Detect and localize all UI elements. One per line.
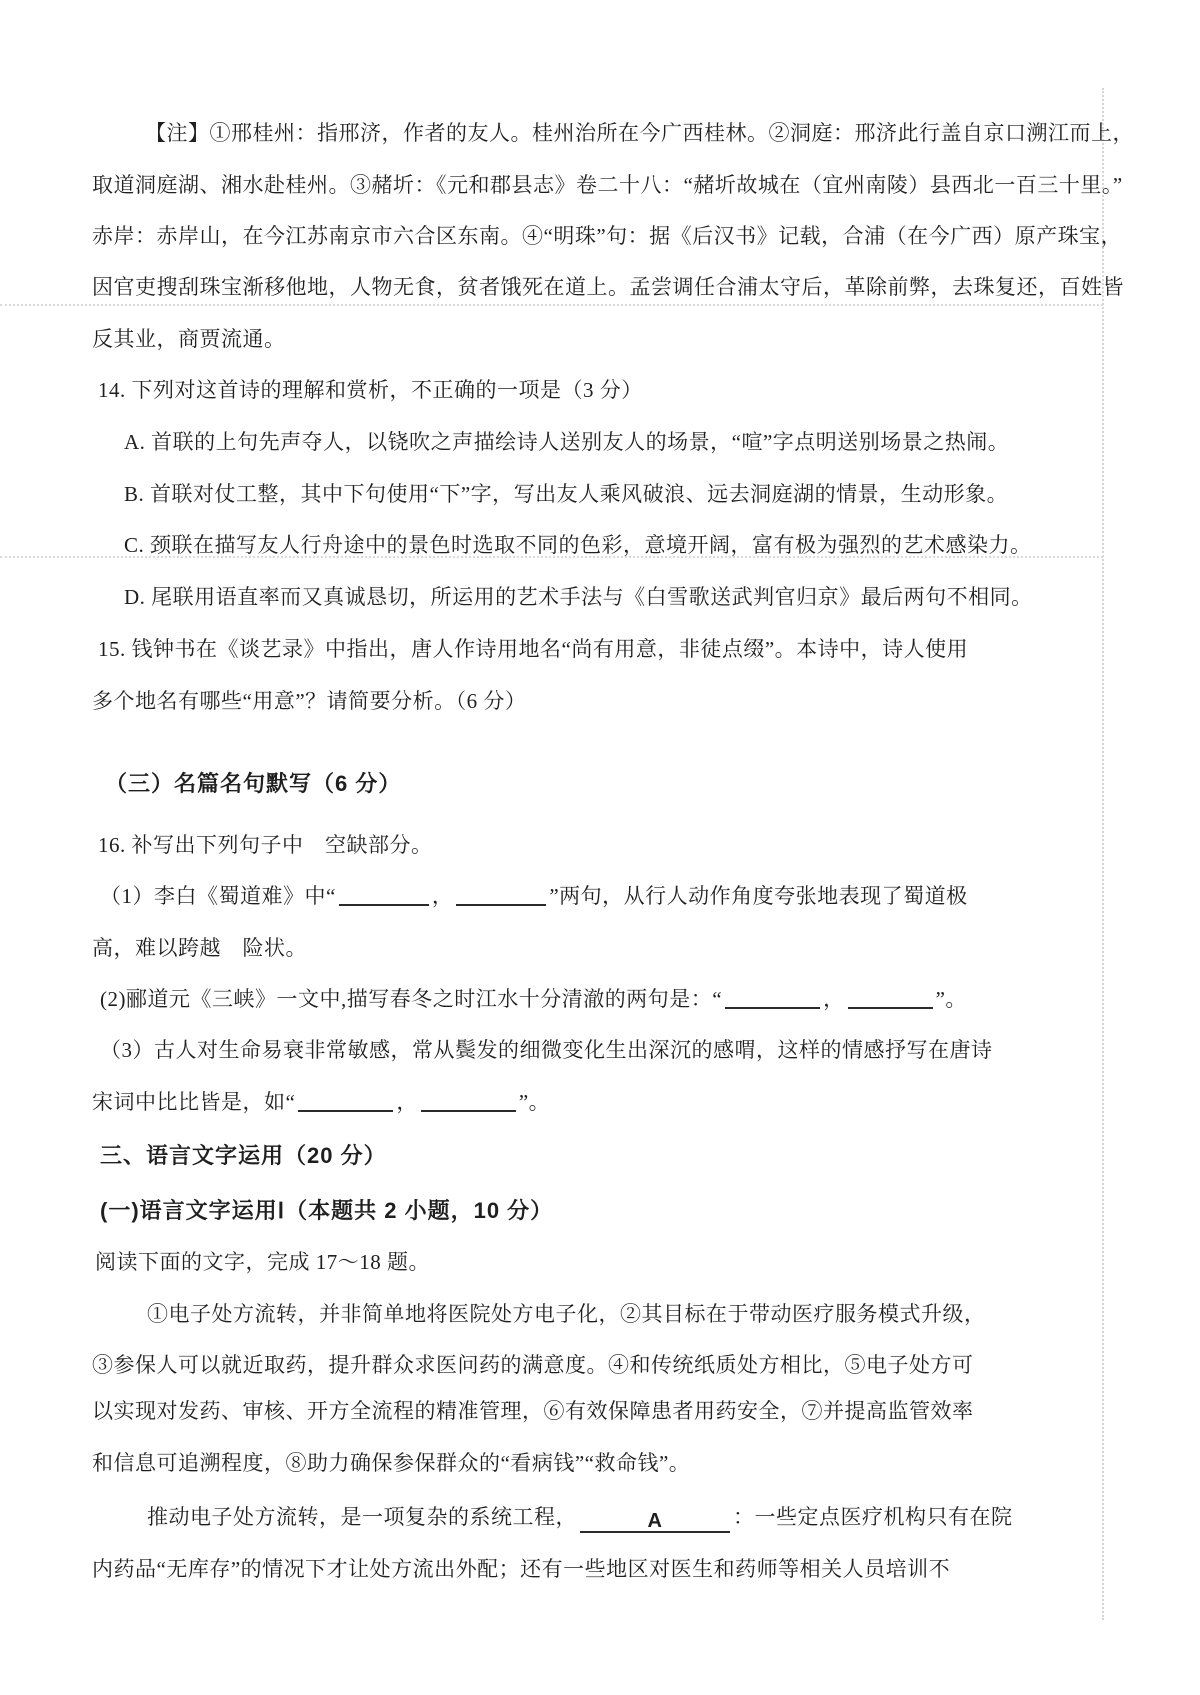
text-line: B. 首联对仗工整，其中下句使用“下”字，写出友人乘风破浪、远去洞庭湖的情景，生… <box>124 481 1008 508</box>
text-run: 阅读下面的文字，完成 17～18 题。 <box>95 1250 430 1274</box>
text-run: 高，难以跨越 险状。 <box>92 936 307 960</box>
scan-dotted-guide-vertical <box>1102 88 1104 1620</box>
answer-blank <box>848 987 933 1009</box>
text-run: A. 首联的上句先声夺人，以铙吹之声描绘诗人送别友人的场景，“喧”字点明送别场景… <box>124 430 1009 454</box>
text-run: 15. 钱钟书在《谈艺录》中指出，唐人作诗用地名“尚有用意，非徒点缀”。本诗中，… <box>98 637 968 661</box>
text-run: 【注】①邢桂州：指邢济，作者的友人。桂州治所在今广西桂林。②洞庭：邢济此行盖自京… <box>145 121 1134 145</box>
text-line: 推动电子处方流转，是一项复杂的系统工程，A：一些定点医疗机构只有在院 <box>147 1504 1013 1533</box>
text-line: 和信息可追溯程度，⑧助力确保参保群众的“看病钱”“救命钱”。 <box>92 1450 690 1477</box>
text-line: （1）李白《蜀道难》中“，”两句，从行人动作角度夸张地表现了蜀道极 <box>100 883 968 910</box>
text-line: 取道洞庭湖、湘水赴桂州。③赭圻：《元和郡县志》卷二十八：“赭圻故城在（宜州南陵）… <box>92 172 1123 199</box>
text-run: 赤岸：赤岸山，在今江苏南京市六合区东南。④“明珠”句：据《后汉书》记载，合浦（在… <box>92 224 1122 248</box>
text-run: ：一些定点医疗机构只有在院 <box>733 1505 1013 1529</box>
text-run: 内药品“无库存”的情况下才让处方流出外配；还有一些地区对医生和药师等相关人员培训… <box>92 1557 950 1581</box>
text-run: 反其业，商贾流通。 <box>92 327 286 351</box>
text-run: ， <box>432 884 454 908</box>
text-line: 宋词中比比皆是，如“，”。 <box>92 1089 550 1116</box>
text-run: （1）李白《蜀道难》中“ <box>100 884 336 908</box>
text-line: D. 尾联用语直率而又真诚恳切，所运用的艺术手法与《白雪歌送武判官归京》最后两句… <box>124 584 1033 611</box>
text-line: 15. 钱钟书在《谈艺录》中指出，唐人作诗用地名“尚有用意，非徒点缀”。本诗中，… <box>98 636 968 663</box>
text-run: ”。 <box>519 1090 550 1114</box>
section-heading: (一)语言文字运用Ⅰ（本题共 2 小题，10 分） <box>100 1197 553 1224</box>
text-line: C. 颈联在描写友人行舟途中的景色时选取不同的色彩，意境开阔，富有极为强烈的艺术… <box>124 532 1032 559</box>
text-run: 多个地名有哪些“用意”？请简要分析。（6 分） <box>92 689 526 713</box>
text-run: 宋词中比比皆是，如“ <box>92 1090 295 1114</box>
text-run: C. 颈联在描写友人行舟途中的景色时选取不同的色彩，意境开阔，富有极为强烈的艺术… <box>124 533 1032 557</box>
text-line: 反其业，商贾流通。 <box>92 326 286 353</box>
text-run: B. 首联对仗工整，其中下句使用“下”字，写出友人乘风破浪、远去洞庭湖的情景，生… <box>124 482 1008 506</box>
text-run: (一)语言文字运用Ⅰ（本题共 2 小题，10 分） <box>100 1198 553 1223</box>
text-run: （3）古人对生命易衰非常敏感，常从鬓发的细微变化生出深沉的感喟，这样的情感抒写在… <box>100 1038 993 1062</box>
text-line: 以实现对发药、审核、开方全流程的精准管理，⑥有效保障患者用药安全，⑦并提高监管效… <box>92 1398 974 1425</box>
text-line: 赤岸：赤岸山，在今江苏南京市六合区东南。④“明珠”句：据《后汉书》记载，合浦（在… <box>92 223 1122 250</box>
scan-dotted-guide-horizontal-1 <box>0 304 1103 306</box>
text-run: 因官吏搜刮珠宝渐移他地，人物无食，贫者饿死在道上。孟尝调任合浦太守后，革除前弊，… <box>92 275 1124 299</box>
text-run: 16. 补写出下列句子中 空缺部分。 <box>98 833 433 857</box>
section-heading: （三）名篇名句默写（6 分） <box>105 770 401 797</box>
text-line: ③参保人可以就近取药，提升群众求医问药的满意度。④和传统纸质处方相比，⑤电子处方… <box>92 1352 974 1379</box>
text-run: 推动电子处方流转，是一项复杂的系统工程， <box>147 1505 577 1529</box>
answer-blank-labeled: A <box>580 1511 730 1533</box>
text-run: ①电子处方流转，并非简单地将医院处方电子化，②其目标在于带动医疗服务模式升级， <box>147 1302 986 1326</box>
text-run: 取道洞庭湖、湘水赴桂州。③赭圻：《元和郡县志》卷二十八：“赭圻故城在（宜州南陵）… <box>92 173 1123 197</box>
answer-blank <box>339 884 429 906</box>
answer-blank <box>456 884 546 906</box>
text-run: ”两句，从行人动作角度夸张地表现了蜀道极 <box>549 884 967 908</box>
text-run: 以实现对发药、审核、开方全流程的精准管理，⑥有效保障患者用药安全，⑦并提高监管效… <box>92 1399 974 1423</box>
text-run: ③参保人可以就近取药，提升群众求医问药的满意度。④和传统纸质处方相比，⑤电子处方… <box>92 1353 974 1377</box>
answer-blank <box>725 987 820 1009</box>
text-line: （3）古人对生命易衰非常敏感，常从鬓发的细微变化生出深沉的感喟，这样的情感抒写在… <box>100 1037 993 1064</box>
text-run: (2)郦道元《三峡》一文中,描写春冬之时江水十分清澈的两句是：“ <box>100 987 722 1011</box>
text-line: ①电子处方流转，并非简单地将医院处方电子化，②其目标在于带动医疗服务模式升级， <box>147 1301 986 1328</box>
answer-blank <box>298 1090 393 1112</box>
text-run: 和信息可追溯程度，⑧助力确保参保群众的“看病钱”“救命钱”。 <box>92 1451 690 1475</box>
document-page: 【注】①邢桂州：指邢济，作者的友人。桂州治所在今广西桂林。②洞庭：邢济此行盖自京… <box>0 0 1200 1695</box>
text-line: 高，难以跨越 险状。 <box>92 935 307 962</box>
text-run: ”。 <box>936 987 967 1011</box>
text-line: 内药品“无库存”的情况下才让处方流出外配；还有一些地区对医生和药师等相关人员培训… <box>92 1556 950 1583</box>
text-run: （三）名篇名句默写（6 分） <box>105 771 401 796</box>
text-line: 阅读下面的文字，完成 17～18 题。 <box>95 1249 430 1276</box>
text-line: 【注】①邢桂州：指邢济，作者的友人。桂州治所在今广西桂林。②洞庭：邢济此行盖自京… <box>145 120 1134 147</box>
text-run: D. 尾联用语直率而又真诚恳切，所运用的艺术手法与《白雪歌送武判官归京》最后两句… <box>124 585 1033 609</box>
text-run: ， <box>823 987 845 1011</box>
section-heading: 三、语言文字运用（20 分） <box>100 1142 387 1169</box>
answer-blank <box>421 1090 516 1112</box>
text-run: 14. 下列对这首诗的理解和赏析，不正确的一项是（3 分） <box>98 378 643 402</box>
text-line: A. 首联的上句先声夺人，以铙吹之声描绘诗人送别友人的场景，“喧”字点明送别场景… <box>124 429 1009 456</box>
text-run: 三、语言文字运用（20 分） <box>100 1143 387 1168</box>
text-line: 14. 下列对这首诗的理解和赏析，不正确的一项是（3 分） <box>98 377 643 404</box>
text-line: 多个地名有哪些“用意”？请简要分析。（6 分） <box>92 688 526 715</box>
text-line: 16. 补写出下列句子中 空缺部分。 <box>98 832 433 859</box>
text-run: ， <box>396 1090 418 1114</box>
text-line: 因官吏搜刮珠宝渐移他地，人物无食，贫者饿死在道上。孟尝调任合浦太守后，革除前弊，… <box>92 274 1124 301</box>
text-line: (2)郦道元《三峡》一文中,描写春冬之时江水十分清澈的两句是：“，”。 <box>100 986 967 1013</box>
